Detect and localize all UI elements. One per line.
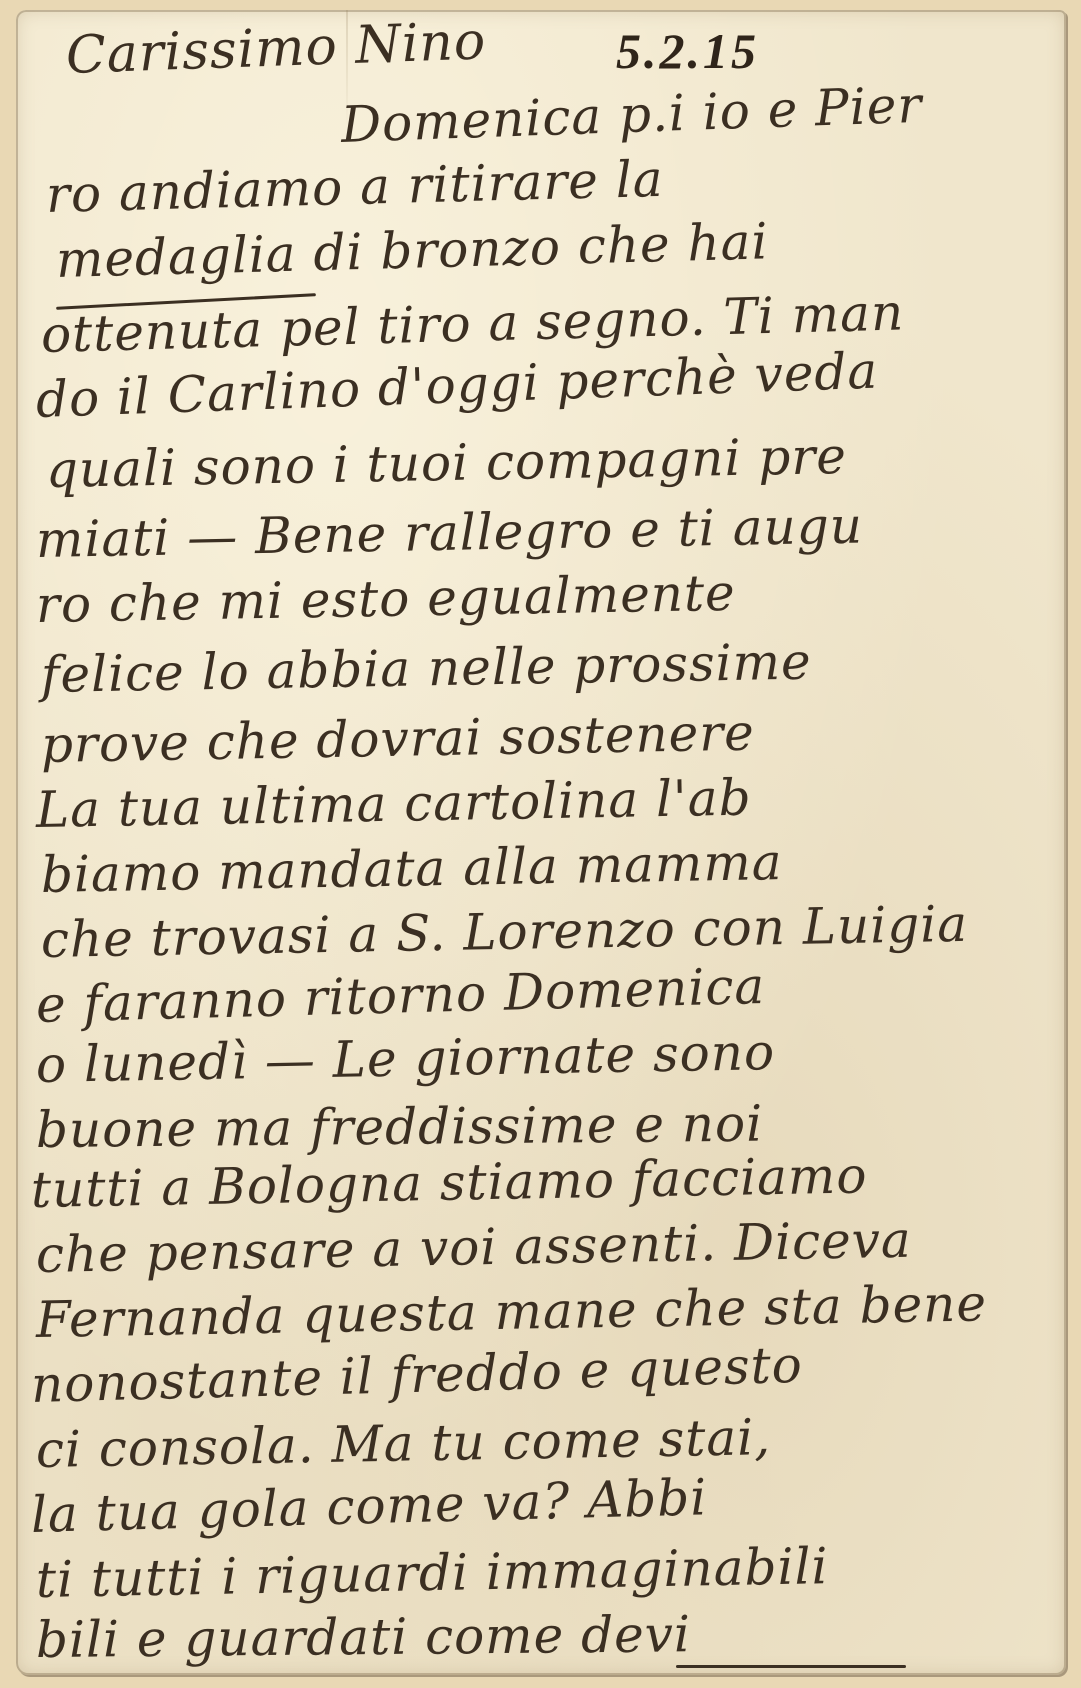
letter-line: o lunedì — Le giornate sono: [36, 1027, 776, 1090]
letter-line: medaglia di bronzo che hai: [55, 216, 769, 285]
postcard: Carissimo Nino 5.2.15 Domenica p.i io e …: [16, 10, 1066, 1675]
letter-line: che trovasi a S. Lorenzo con Luigia: [41, 899, 969, 965]
letter-line: ro che mi esto egualmente: [36, 568, 736, 630]
letter-line: tutti a Bologna stiamo facciamo: [31, 1150, 868, 1215]
letter-line: nonostante il freddo e questo: [30, 1340, 803, 1410]
letter-line: prove che dovrai sostenere: [41, 708, 756, 770]
letter-line: felice lo abbia nelle prossime: [41, 637, 812, 700]
date: 5.2.15: [616, 22, 759, 80]
letter-line: bili e guardati come devi: [36, 1609, 691, 1665]
signature-underline: [676, 1665, 906, 1668]
letter-line: miati — Bene rallegro e ti augu: [36, 501, 864, 565]
letter-line: biamo mandata alla mamma: [41, 837, 783, 900]
letter-line: che pensare a voi assenti. Diceva: [36, 1215, 913, 1280]
letter-line: ro andiamo a ritirare la: [45, 154, 664, 220]
letter-line: La tua ultima cartolina l'ab: [36, 773, 752, 835]
letter-line: quali sono i tuoi compagni pre: [46, 431, 848, 495]
letter-line: Domenica p.i io e Pier: [340, 80, 923, 150]
letter-line: buone ma freddissime e noi: [36, 1099, 764, 1155]
salutation: Carissimo Nino: [65, 15, 487, 82]
letter-line: la tua gola come va? Abbi: [30, 1472, 707, 1540]
letter-line: ti tutti i riguardi immaginabili: [36, 1541, 829, 1605]
letter-line: ci consola. Ma tu come stai,: [36, 1412, 772, 1475]
letter-line: Fernanda questa mane che sta bene: [36, 1278, 988, 1345]
letter-line: e faranno ritorno Domenica: [35, 961, 765, 1030]
